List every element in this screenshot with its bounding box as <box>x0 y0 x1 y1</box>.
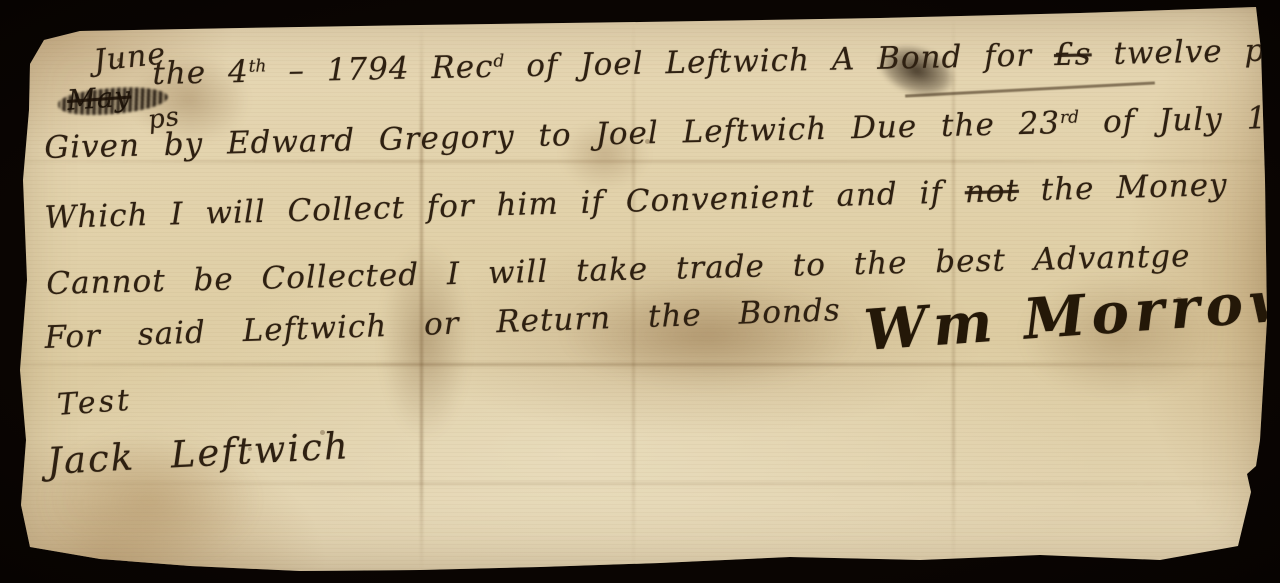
line1-pre-day: the 4 <box>152 54 249 92</box>
scanned-document-page: June May ps the 4th – 1794 Recd of Joel … <box>0 0 1280 583</box>
line3-post: the Money <box>1040 167 1228 208</box>
line3-pre: Which I will Collect for him if Convenie… <box>44 175 943 236</box>
line2-pre: Given by Edward Gregory to Joel Leftwich… <box>44 105 1061 166</box>
fold-crease-vertical-left <box>420 25 423 570</box>
handwriting-line-3: Which I will Collect for him if Convenie… <box>44 167 1228 236</box>
witness-signature-jack-leftwich: Jack Leftwich <box>46 424 351 483</box>
line2-ordinal: rd <box>1060 107 1080 127</box>
signature-wm-morrow: Wm Morrow <box>862 267 1280 364</box>
line1-mid: – 1794 Rec <box>288 49 494 89</box>
line1-recd-suffix: d <box>493 51 504 71</box>
line2-post: of July 1787 <box>1103 99 1280 141</box>
line1-struck-amount: £s <box>1054 36 1092 73</box>
attestation-label: Test <box>56 383 133 423</box>
fold-crease-vertical-middle <box>632 22 635 567</box>
line1-amount: twelve pounds <box>1113 31 1280 72</box>
fold-crease-horizontal-middle <box>22 363 1262 366</box>
paper-sheet: June May ps the 4th – 1794 Recd of Joel … <box>0 0 1280 583</box>
line3-struck-word: not <box>964 173 1019 210</box>
handwriting-line-2: Given by Edward Gregory to Joel Leftwich… <box>44 99 1280 166</box>
handwriting-line-5: For said Leftwich or Return the Bonds <box>44 292 841 356</box>
line1-day-suffix: th <box>248 56 266 76</box>
fold-crease-horizontal-bottom <box>25 482 1255 485</box>
